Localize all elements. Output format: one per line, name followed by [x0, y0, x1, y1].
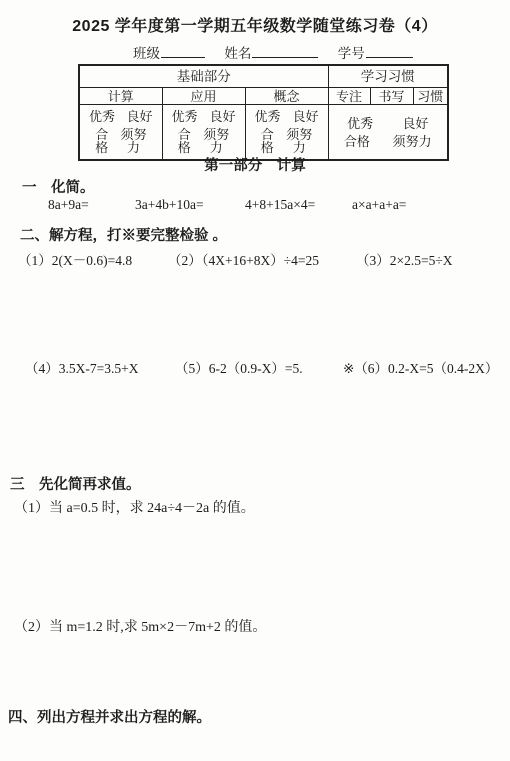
rating-good: 良好: [292, 110, 318, 123]
part1-heading: 第一部分 计算: [0, 154, 510, 175]
section1-heading: 一 化简。: [22, 176, 95, 197]
rating-needs-effort: 须努力: [197, 128, 235, 154]
rating-pass: 合格: [344, 135, 370, 148]
col-header-concept: 概念: [245, 88, 328, 105]
student-info-line: 班级 姓名 学号: [133, 42, 429, 62]
col-header-calculation: 计算: [79, 88, 162, 105]
rating-excellent: 优秀: [172, 110, 198, 123]
name-blank: [252, 44, 318, 58]
rating-excellent: 优秀: [347, 117, 373, 130]
rating-pass: 合格: [172, 128, 198, 154]
evaluate-item-2: （2）当 m=1.2 时,求 5m×2－7m+2 的值。: [14, 616, 266, 636]
class-field: 班级: [133, 46, 205, 61]
class-blank: [161, 44, 205, 58]
grade-table-rating-row: 优秀良好 合格须努力 优秀良好 合格须努力 优秀良好 合格须努力 优秀良好 合格…: [79, 105, 448, 161]
section2-heading: 二、解方程，打※要完整检验 。: [20, 224, 227, 245]
rating-pass: 合格: [89, 128, 114, 154]
rating-cell-study-habits: 优秀良好 合格须努力: [328, 105, 448, 161]
name-field: 姓名: [224, 46, 318, 61]
page-title: 2025 学年度第一学期五年级数学随堂练习卷（4）: [0, 13, 510, 36]
solve-equation-1: （1）2(X－0.6)=4.8: [18, 249, 132, 269]
col-header-application: 应用: [162, 88, 245, 105]
grade-table: 基础部分 学习习惯 计算 应用 概念 专注 书写 习惯 优秀良好 合格须努力 优…: [78, 64, 449, 161]
rating-cell-calculation: 优秀良好 合格须努力: [79, 105, 162, 161]
student-id-field: 学号: [338, 46, 413, 61]
section3-heading: 三 先化简再求值。: [10, 473, 141, 494]
rating-pass: 合格: [255, 128, 281, 154]
student-id-blank: [366, 44, 413, 58]
simplify-equation-4: a×a+a+a=: [352, 197, 406, 213]
col-header-handwriting: 书写: [370, 88, 413, 105]
simplify-equation-3: 4+8+15a×4=: [245, 197, 315, 213]
section4-heading: 四、列出方程并求出方程的解。: [8, 706, 211, 727]
solve-equation-4: （4）3.5X-7=3.5+X: [25, 357, 138, 377]
rating-good: 良好: [402, 117, 428, 130]
rating-good: 良好: [209, 110, 235, 123]
rating-needs-effort: 须努力: [114, 128, 152, 154]
solve-equation-5: （5）6-2（0.9-X）=5.: [175, 357, 303, 377]
col-header-focus: 专注: [328, 88, 370, 105]
rating-cell-concept: 优秀良好 合格须努力: [245, 105, 328, 161]
class-label: 班级: [133, 46, 160, 61]
worksheet-page: 2025 学年度第一学期五年级数学随堂练习卷（4） 班级 姓名 学号 基础部分 …: [0, 0, 510, 761]
rating-needs-effort: 须努力: [393, 135, 432, 148]
basic-section-header: 基础部分: [79, 65, 328, 88]
rating-needs-effort: 须努力: [280, 128, 318, 154]
evaluate-item-1: （1）当 a=0.5 时，求 24a÷4－2a 的值。: [14, 497, 255, 517]
student-id-label: 学号: [338, 46, 365, 61]
simplify-equation-2: 3a+4b+10a=: [135, 197, 204, 213]
rating-good: 良好: [126, 110, 152, 123]
solve-equation-3: （3）2×2.5=5÷X: [356, 249, 453, 269]
rating-excellent: 优秀: [89, 110, 115, 123]
col-header-habit: 习惯: [413, 88, 448, 105]
simplify-equation-1: 8a+9a=: [48, 197, 89, 213]
study-habits-header: 学习习惯: [328, 65, 448, 88]
rating-cell-application: 优秀良好 合格须努力: [162, 105, 245, 161]
solve-equation-2: （2）（4X+16+8X）÷4=25: [168, 249, 319, 269]
rating-excellent: 优秀: [255, 110, 281, 123]
grade-table-group-row: 基础部分 学习习惯: [79, 65, 448, 88]
grade-table-column-row: 计算 应用 概念 专注 书写 习惯: [79, 88, 448, 105]
solve-equation-6: ※（6）0.2-X=5（0.4-2X）: [343, 357, 498, 377]
name-label: 姓名: [224, 46, 251, 61]
